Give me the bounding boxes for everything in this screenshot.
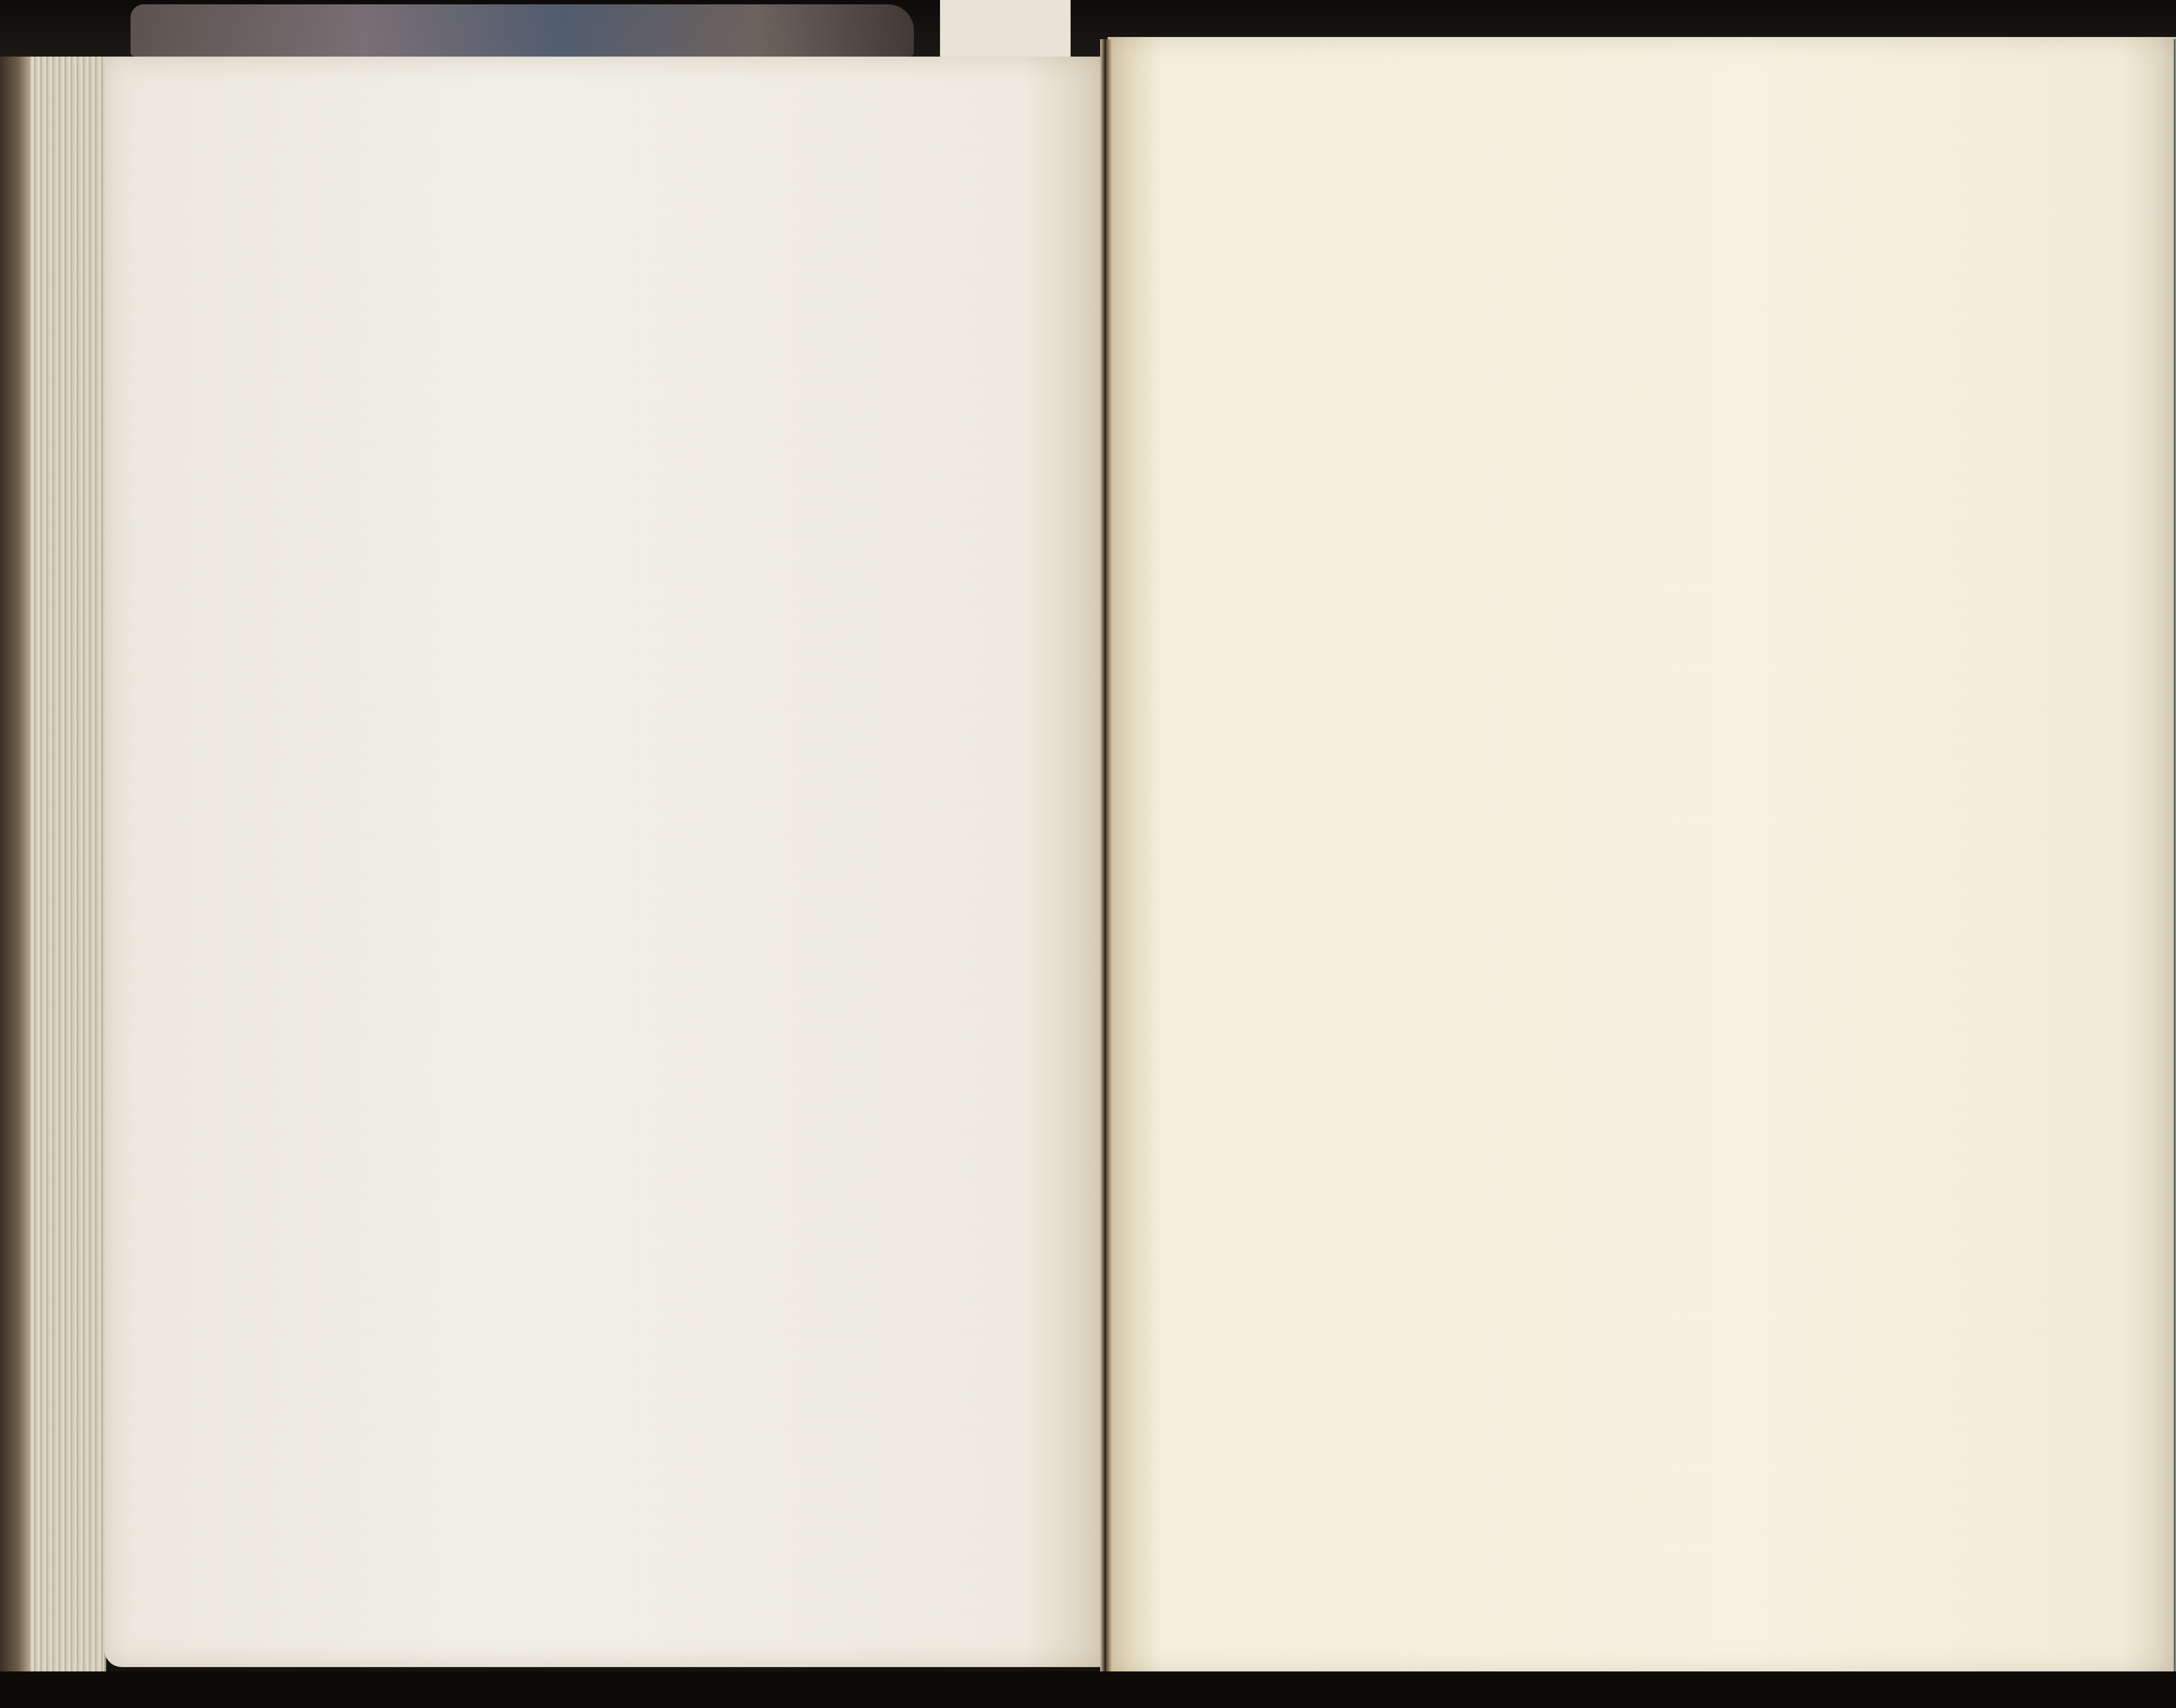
- left-page-stack: [0, 57, 106, 1708]
- left-page: [104, 57, 1105, 1667]
- right-page-stack: [2174, 39, 2176, 1676]
- book-gutter: [1100, 39, 1112, 1676]
- left-book-edge: [0, 57, 30, 1708]
- bottom-shadow: [0, 1671, 2176, 1708]
- right-page: [1108, 37, 2176, 1674]
- book-cover-fragment: [131, 4, 914, 57]
